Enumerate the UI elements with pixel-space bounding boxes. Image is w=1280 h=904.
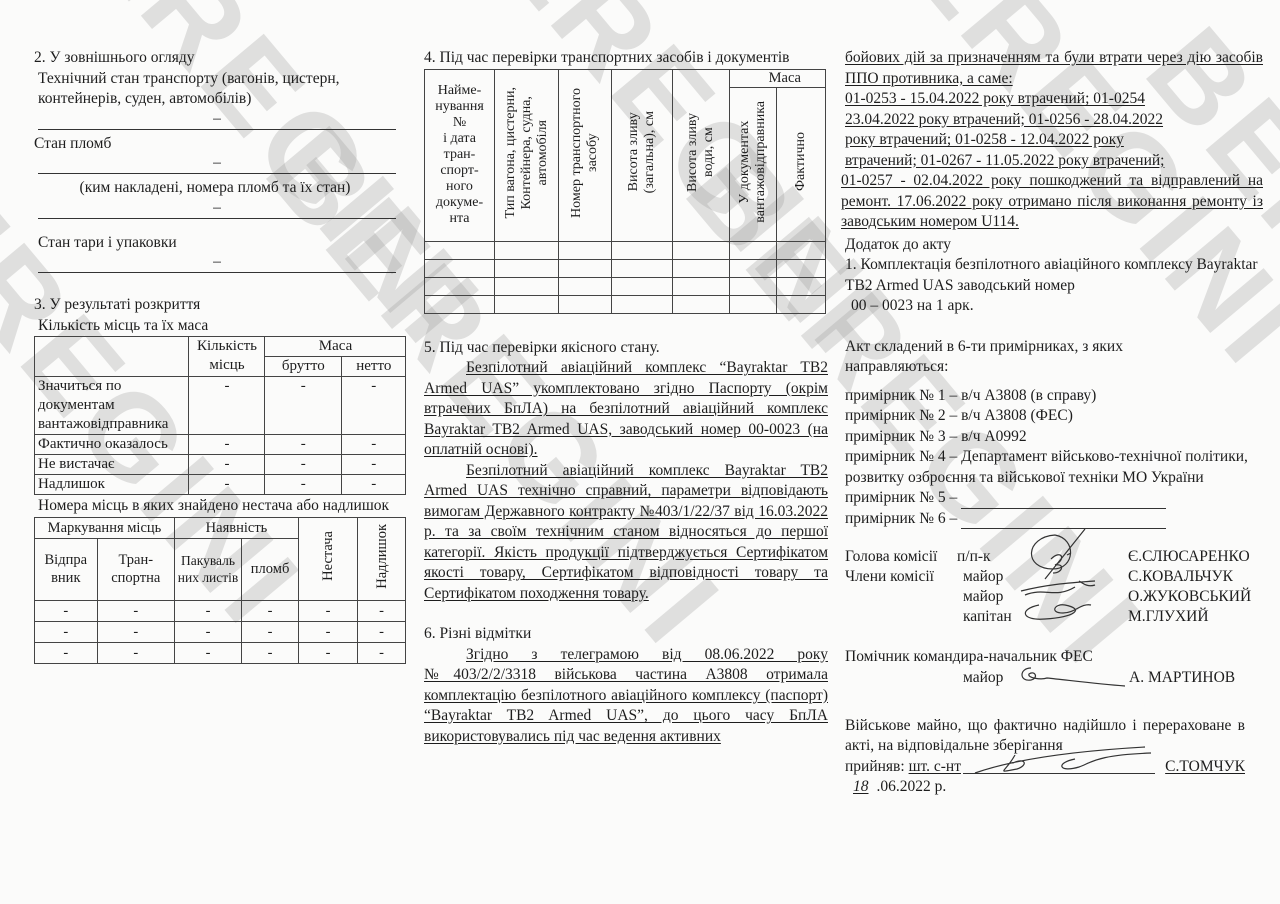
table-cell: [673, 241, 730, 259]
acceptance-rank: шт. с-нт: [909, 758, 961, 775]
copy-item: примірник № 3 – в/ч А0992: [845, 427, 1263, 448]
acceptance-day: 18: [845, 778, 877, 795]
header-shortage: Нестача: [320, 531, 336, 581]
table-cell: -: [242, 621, 299, 642]
table-cell: [495, 259, 559, 277]
table-cell: [495, 241, 559, 259]
loss-entry: 23.04.2022 року втрачений; 01-0256 - 28.…: [845, 111, 1163, 128]
appendix-title: Додаток до акту: [845, 235, 1263, 256]
cell-places: -: [189, 455, 265, 475]
appendix-item1: 1. Комплектація безпілотного авіаційного…: [845, 255, 1263, 296]
copy-6-blank: [961, 513, 1166, 529]
cell-label: Не вистачає: [35, 455, 189, 475]
assistant-signature-row: майор А. МАРТИНОВ: [845, 668, 1263, 688]
seals-note-value: –: [38, 201, 396, 219]
repair-note: 01-0257 - 02.04.2022 року пошкоджений та…: [841, 171, 1263, 233]
signature-icon: [1017, 664, 1127, 690]
header-gross: брутто: [265, 357, 342, 377]
signer-name: М.ГЛУХИЙ: [1128, 607, 1209, 628]
table-cell: -: [174, 600, 241, 621]
cell-gross: -: [265, 475, 342, 495]
table-cell: -: [35, 642, 98, 663]
copy-6: примірник № 6 –: [845, 509, 1263, 530]
cell-places: -: [189, 435, 265, 455]
copy-item: примірник № 2 – в/ч А3808 (ФЕС): [845, 406, 1263, 427]
section6-para1-cont: бойових дій за призначенням та були втра…: [845, 48, 1263, 89]
section3-title: 3. У результаті розкриття: [34, 295, 396, 316]
copy-5: примірник № 5 –: [845, 488, 1263, 509]
header-seals: пломб: [242, 538, 299, 600]
header-mass: Маса: [265, 337, 406, 357]
table-cell: [730, 295, 777, 313]
table-cell: [495, 277, 559, 295]
header-packing: Пакуваль них листів: [174, 538, 241, 600]
assistant-rank: майор: [963, 668, 1003, 689]
header-type: Тип вагона, цистерни, Контейнера, судна,…: [503, 87, 551, 218]
table-cell: [495, 295, 559, 313]
loss-entry: втрачений; 01-0267 - 11.05.2022 року втр…: [845, 152, 1164, 169]
shortage-surplus-table: Маркування місць Наявність Нестача Надли…: [34, 517, 406, 664]
signer-rank: майор: [963, 587, 1003, 608]
table-row: ------: [35, 600, 406, 621]
places-mass-table: Кількість місць Маса брутто нетто Значит…: [34, 336, 406, 495]
table-cell: -: [35, 621, 98, 642]
header-height-water: Висота зливу води, см: [685, 113, 717, 192]
table-cell: [559, 277, 612, 295]
section6-title: 6. Різні відмітки: [424, 624, 828, 645]
cell-label: Значиться по документам вантажовідправни…: [35, 377, 189, 435]
acceptance-name: С.ТОМЧУК: [1165, 757, 1245, 778]
header-mass-actual: Фактично: [793, 132, 809, 191]
section6-para1: Згідно з телеграмою від 08.06.2022 року …: [424, 645, 828, 748]
header-height-total: Висота зливу (загальна), см: [626, 111, 658, 193]
table-row: [425, 241, 826, 259]
header-sender: Відпра вник: [35, 538, 98, 600]
table-cell: [673, 295, 730, 313]
table-cell: -: [174, 642, 241, 663]
loss-entry: 01-0253 - 15.04.2022 року втрачений; 01-…: [845, 90, 1145, 107]
packaging-value: –: [38, 255, 396, 273]
table-cell: [559, 241, 612, 259]
table-cell: -: [358, 642, 406, 663]
transport-condition-value: –: [38, 112, 396, 130]
signer-rank: майор: [963, 567, 1003, 588]
cell-net: -: [341, 475, 405, 495]
table-cell: [730, 277, 777, 295]
table-cell: -: [174, 621, 241, 642]
header-marking: Маркування місць: [35, 517, 175, 538]
cell-label: Фактично оказалось: [35, 435, 189, 455]
table-row: [425, 295, 826, 313]
table-cell: [612, 277, 673, 295]
table-cell: [777, 241, 826, 259]
table-cell: [777, 295, 826, 313]
signer-rank: капітан: [963, 607, 1012, 628]
header-places: Кількість місць: [189, 337, 265, 377]
table-cell: -: [299, 600, 358, 621]
packaging-label: Стан тари і упаковки: [34, 233, 396, 254]
table-cell: -: [97, 600, 174, 621]
members-label: Члени комісії: [845, 567, 934, 588]
table-cell: [612, 241, 673, 259]
section5-para2: Безпілотний авіаційний комплекс Bayrakta…: [424, 461, 828, 605]
header-presence: Наявність: [174, 517, 298, 538]
signer-rank: п/п-к: [957, 547, 991, 568]
chair-label: Голова комісії: [845, 547, 937, 568]
losses-list: 01-0253 - 15.04.2022 року втрачений; 01-…: [845, 89, 1263, 171]
table-cell: [612, 259, 673, 277]
seals-note: (ким накладені, номера пломб та їх стан): [34, 178, 396, 199]
header-surplus: Надлишок: [374, 524, 390, 589]
seals-value: –: [38, 156, 396, 174]
acceptance-received: прийняв: шт. с-нт С.ТОМЧУК: [845, 757, 1245, 778]
column-right: бойових дій за призначенням та були втра…: [845, 48, 1263, 798]
numbers-label: Номера місць в яких знайдено нестача або…: [34, 496, 396, 517]
table-cell: [730, 259, 777, 277]
table-cell: [612, 295, 673, 313]
commission-signatures: Голова комісії п/п-к Є.СЛЮСАРЕНКО Члени …: [845, 547, 1263, 635]
section5-para1: Безпілотний авіаційний комплекс “Bayrakt…: [424, 358, 828, 461]
table-cell: [559, 295, 612, 313]
header-mass: Маса: [730, 69, 826, 87]
column-left: 2. У зовнішнього огляду Технічний стан т…: [34, 48, 396, 664]
table-cell: [559, 259, 612, 277]
table-cell: [673, 259, 730, 277]
table-row: ------: [35, 621, 406, 642]
header-mass-docs: У документах вантажовідправника: [737, 101, 769, 223]
assistant-name: А. МАРТИНОВ: [1129, 668, 1235, 689]
table-cell: [777, 259, 826, 277]
signature-icon: [1015, 529, 1125, 639]
signature-icon: [955, 743, 1155, 777]
cell-places: -: [189, 377, 265, 435]
cell-gross: -: [265, 435, 342, 455]
cell-places: -: [189, 475, 265, 495]
table-cell: [777, 277, 826, 295]
table-row: Фактично оказалось---: [35, 435, 406, 455]
cell-net: -: [341, 455, 405, 475]
table-cell: -: [299, 621, 358, 642]
signer-name: Є.СЛЮСАРЕНКО: [1128, 547, 1250, 568]
copies-list: примірник № 1 – в/ч А3808 (в справу)прим…: [845, 386, 1263, 489]
section4-title: 4. Під час перевірки транспортних засобі…: [424, 48, 828, 69]
signer-name: О.ЖУКОВСЬКИЙ: [1128, 587, 1251, 608]
signer-name: С.КОВАЛЬЧУК: [1128, 567, 1233, 588]
table-cell: [425, 241, 495, 259]
table-cell: -: [358, 600, 406, 621]
table-row: ------: [35, 642, 406, 663]
table-row: Значиться по документам вантажовідправни…: [35, 377, 406, 435]
table-cell: [425, 259, 495, 277]
column-middle: 4. Під час перевірки транспортних засобі…: [424, 48, 828, 747]
cell-net: -: [341, 377, 405, 435]
transport-condition-label: Технічний стан транспорту (вагонів, цист…: [34, 69, 396, 110]
header-net: нетто: [341, 357, 405, 377]
table-row: [425, 259, 826, 277]
loss-entry: року втрачений; 01-0258 - 12.04.2022 рок…: [845, 131, 1124, 148]
copy-item: примірник № 1 – в/ч А3808 (в справу): [845, 386, 1263, 407]
cell-gross: -: [265, 377, 342, 435]
table-cell: [673, 277, 730, 295]
table-cell: [730, 241, 777, 259]
vehicles-docs-table: Найме- нування № і дата тран- спорт- ног…: [424, 69, 826, 314]
cell-gross: -: [265, 455, 342, 475]
table-row: [425, 277, 826, 295]
appendix-item1-cont: 00 – 0023 на 1 арк.: [845, 296, 1263, 317]
table-cell: -: [358, 621, 406, 642]
table-row: Надлишок---: [35, 475, 406, 495]
table-cell: [425, 295, 495, 313]
table-cell: -: [97, 642, 174, 663]
copy-item: примірник № 4 – Департамент військово-те…: [845, 447, 1263, 488]
table-cell: -: [299, 642, 358, 663]
section5-title: 5. Під час перевірки якісного стану.: [424, 338, 828, 359]
table-cell: [425, 277, 495, 295]
copies-intro: Акт складений в 6-ти примірниках, з яких…: [845, 337, 1145, 378]
table-cell: -: [242, 600, 299, 621]
seals-label: Стан пломб: [34, 134, 396, 155]
table-cell: -: [242, 642, 299, 663]
copy-5-blank: [961, 493, 1166, 509]
section2-title: 2. У зовнішнього огляду: [34, 48, 396, 69]
table-row: Не вистачає---: [35, 455, 406, 475]
cell-label: Надлишок: [35, 475, 189, 495]
table-cell: -: [97, 621, 174, 642]
acceptance-date: 18.06.2022 р.: [845, 777, 1263, 798]
table-cell: -: [35, 600, 98, 621]
header-number: Номер транспортного засобу: [569, 88, 601, 218]
header-name: Найме- нування № і дата тран- спорт- ног…: [425, 83, 494, 227]
header-transport: Тран- спортна: [97, 538, 174, 600]
cell-net: -: [341, 435, 405, 455]
section3-subtitle: Кількість місць та їх маса: [34, 316, 396, 337]
